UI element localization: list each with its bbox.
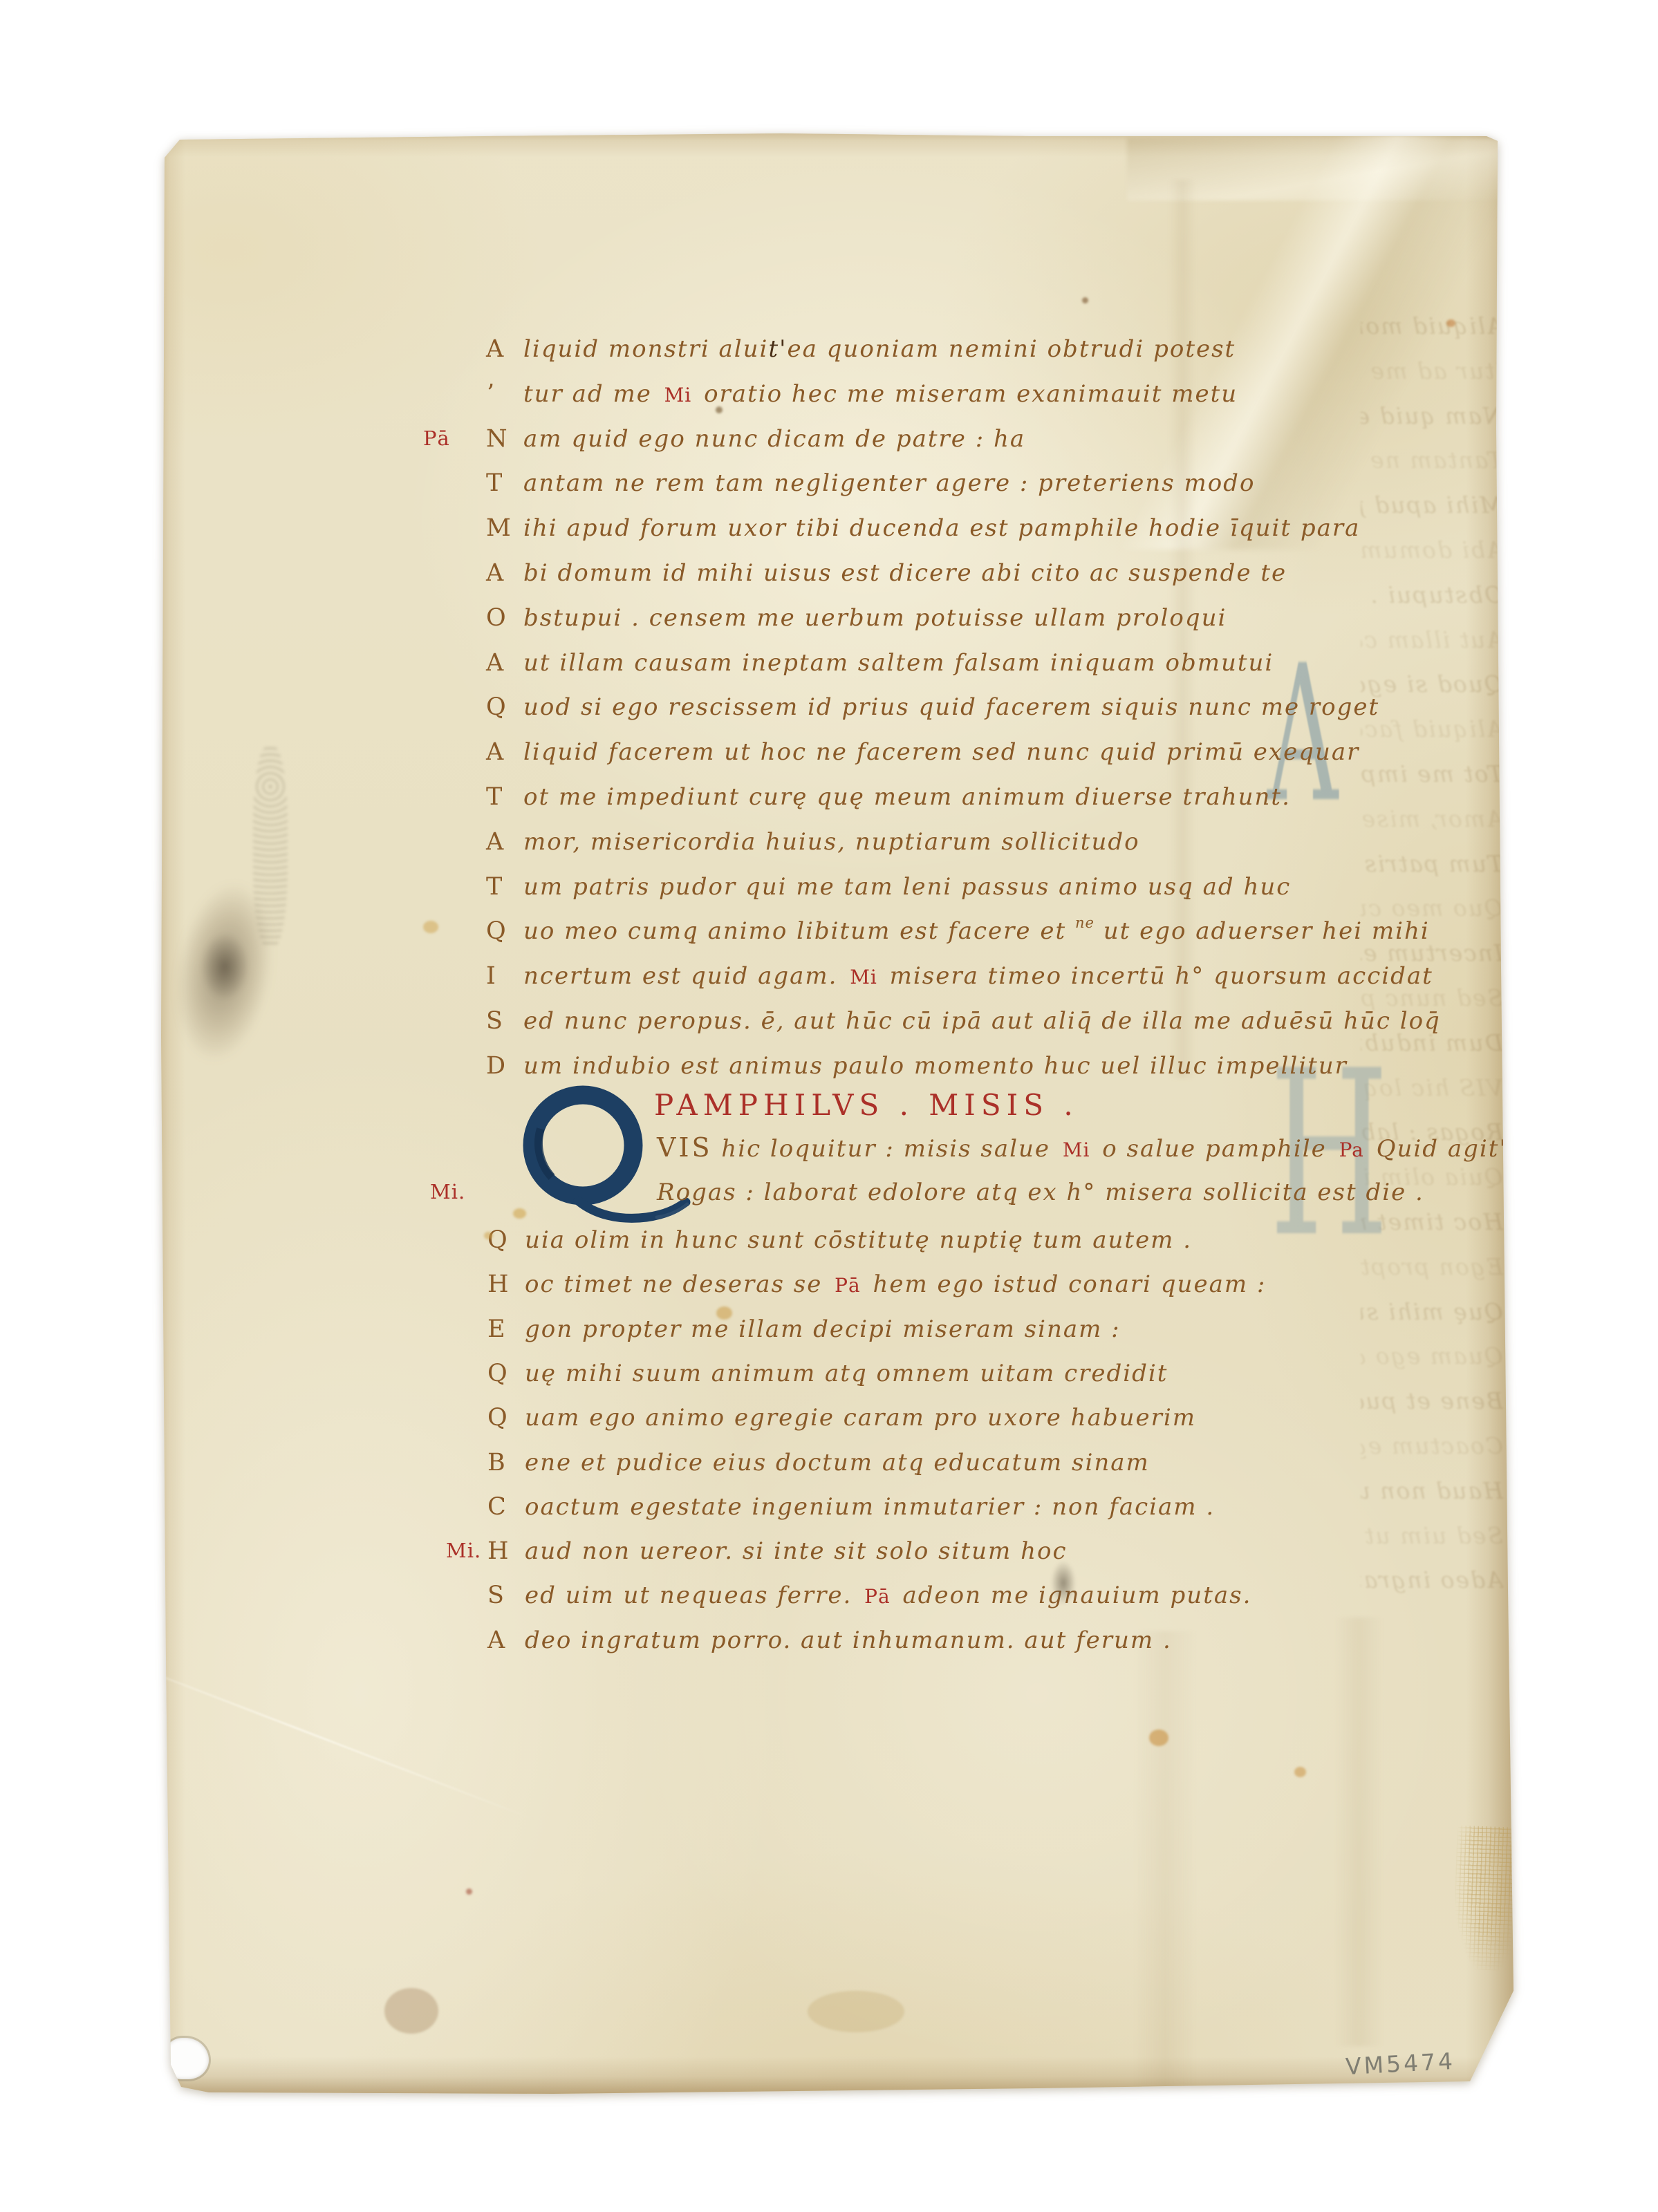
text-segment: ut ego aduerser hei mihi: [1095, 917, 1430, 945]
text-segment: gon propter me illam decipi miseram sina…: [525, 1315, 1121, 1343]
speaker-rubric-inline: Mi: [1059, 1138, 1094, 1161]
text-segment: ne: [1075, 915, 1095, 931]
line-initial: A: [486, 335, 503, 363]
show-through-text: Nam quid ego nunc: [1361, 402, 1503, 429]
line-initial: Q: [486, 693, 506, 721]
text-line: Mi.Rogas : laborat edolore atq̧ ex h° mi…: [657, 1179, 1424, 1213]
freckle: [1149, 1730, 1168, 1746]
scene-heading: PAMPHILVS . MISIS .: [654, 1088, 1079, 1122]
text-line: Sed uim ut nequeas ferre. Pā adeon me ig…: [525, 1582, 1251, 1616]
speaker-rubric-inline: Pā: [861, 1585, 894, 1608]
leaf-edge-left: [153, 128, 185, 2098]
text-segment: uam ego animo egregie caram pro uxore ha…: [525, 1404, 1196, 1432]
text-segment: aud non uereor. si inte sit solo situm h…: [525, 1537, 1068, 1565]
line-initial: A: [487, 1627, 505, 1654]
stain-dark-spot: [1051, 1561, 1076, 1605]
text-segment: ed nunc peropus. ē, aut hūc cū ipā aut a…: [523, 1007, 1441, 1035]
text-segment: mor, misericordia huius, nuptiarum solli…: [523, 828, 1140, 856]
line-initial: ʼ: [486, 380, 494, 408]
show-through-text: Haud non uereor. s: [1361, 1477, 1503, 1504]
text-line: Mihi apud forum uxor tibi ducenda est pa…: [523, 514, 1360, 549]
text-segment: ihi apud forum uxor tibi ducenda est pam…: [523, 514, 1360, 542]
line-initial: A: [486, 649, 503, 677]
text-segment: misera timeo incertū h° quorsum accidat: [881, 962, 1433, 990]
text-line: Incertum est quid agam. Mi misera timeo …: [523, 962, 1433, 997]
text-segment: VIS: [657, 1132, 713, 1163]
line-initial: B: [487, 1449, 505, 1477]
speaker-rubric-inline: Mi: [846, 966, 881, 988]
text-line: Quam ego animo egregie caram pro uxore h…: [525, 1404, 1196, 1438]
text-line: Tantam ne rem tam negligenter agere : pr…: [523, 469, 1255, 504]
line-initial: S: [487, 1582, 504, 1609]
line-initial: A: [486, 738, 503, 766]
text-segment: uod si ego rescissem id prius quid facer…: [523, 693, 1379, 721]
text-line: Adeo ingratum porro. aut inhumanum. aut …: [525, 1627, 1172, 1661]
smudge: [384, 1988, 438, 2034]
line-initial: H: [487, 1537, 509, 1565]
manuscript-leaf: Aliquid monstri alʼtur ad me Mi oratNam …: [0, 0, 1658, 2212]
show-through-text: ʼtur ad me Mi orat: [1361, 357, 1503, 384]
line-initial: Q: [486, 917, 506, 945]
show-through-text: Tum patris pudor q: [1361, 850, 1503, 877]
text-line: VIS hic loquitur : misis salue Mi o salu…: [657, 1132, 1507, 1167]
text-line: Sed nunc peropus. ē, aut hūc cū ipā aut …: [523, 1007, 1441, 1042]
text-segment: deo ingratum porro. aut inhumanum. aut f…: [525, 1627, 1172, 1654]
text-segment: o salue pamphile: [1093, 1135, 1335, 1163]
text-line: Egon propter me illam decipi miseram sin…: [525, 1315, 1121, 1350]
freckle: [716, 1306, 732, 1320]
scratch-line: [82, 1645, 535, 1821]
speaker-rubric-inline: Pa: [1336, 1138, 1368, 1161]
show-through-text: Quod si ego rescis: [1361, 671, 1503, 697]
line-initial: A: [486, 559, 503, 587]
show-through-text: Abi domum id mihi: [1361, 536, 1503, 563]
show-through-text: Adeo ingratum porr: [1361, 1566, 1503, 1593]
ink-speck: [716, 406, 723, 413]
show-through-text: Tantam ne rem tam: [1361, 447, 1503, 474]
text-segment: um patris pudor qui me tam leni passus a…: [523, 873, 1291, 901]
shelfmark-pencil: VM5474: [1345, 2047, 1456, 2080]
speaker-rubric: Mi.: [430, 1180, 465, 1203]
show-through-text: Aliquid monstri al: [1361, 312, 1503, 339]
smudge: [808, 1991, 904, 2032]
text-segment: oc timet ne deseras se: [525, 1271, 831, 1298]
line-initial: O: [486, 604, 506, 632]
text-segment: oactum egestate ingenium inmutarier : no…: [525, 1493, 1215, 1521]
show-through-text: Aliquid facerem ut: [1361, 715, 1503, 742]
text-segment: bi domum id mihi uisus est dicere abi ci…: [523, 559, 1287, 587]
show-through-text: Amor, misericordia: [1361, 805, 1503, 832]
text-segment: ut illam causam ineptam saltem falsam in…: [523, 649, 1274, 677]
text-line: Quod si ego rescissem id prius quid face…: [523, 693, 1379, 728]
text-line: Quia olim in hunc sunt cōstitutę nuptię …: [525, 1226, 1192, 1261]
ink-speck: [1082, 297, 1088, 303]
text-line: Aut illam causam ineptam saltem falsam i…: [523, 649, 1274, 684]
text-line: Abi domum id mihi uisus est dicere abi c…: [523, 559, 1287, 594]
line-initial: A: [486, 828, 503, 856]
text-segment: oratio hec me miseram exanimauit metu: [695, 380, 1238, 408]
text-line: Amor, misericordia huius, nuptiarum soll…: [523, 828, 1140, 863]
line-initial: Q: [487, 1360, 507, 1387]
text-segment: uo meo cumq̧ animo libitum est facere et: [523, 917, 1075, 945]
line-initial: T: [486, 873, 502, 901]
speaker-rubric: Mi.: [446, 1539, 481, 1562]
text-segment: liquid monstri alui: [523, 335, 768, 363]
speaker-rubric-inline: Pā: [831, 1274, 864, 1297]
text-segment: ot me impediunt curę quę meum animum diu…: [523, 783, 1291, 811]
text-segment: Rogas : laborat edolore atq̧ ex h° miser…: [657, 1179, 1424, 1206]
text-segment: hem ego istud conari queam :: [864, 1271, 1267, 1298]
line-initial: D: [486, 1052, 505, 1080]
speaker-rubric: Pā: [423, 427, 450, 450]
freckle: [1294, 1767, 1306, 1777]
text-segment: ncertum est quid agam.: [523, 962, 846, 990]
line-initial: N: [486, 425, 507, 453]
text-segment: ea quoniam nemini obtrudi potest: [787, 335, 1236, 363]
show-through-text: Aut illam causam i: [1361, 626, 1503, 653]
line-initial: C: [487, 1493, 506, 1521]
show-through-text: Quam ego animo egr: [1361, 1342, 1503, 1369]
text-segment: antam ne rem tam negligenter agere : pre…: [523, 469, 1255, 497]
text-segment: bstupui . censem me uerbum potuisse ulla…: [523, 604, 1227, 632]
line-initial: T: [486, 469, 502, 497]
text-segment: tur ad me: [523, 380, 661, 408]
text-line: Dum indubio est animus paulo momento huc…: [523, 1052, 1348, 1087]
text-segment: am quid ego nunc dicam de patre : ha: [523, 425, 1025, 453]
stain-speckles: [253, 747, 288, 947]
text-segment: liquid facerem ut hoc ne facerem sed nun…: [523, 738, 1359, 766]
line-initial: T: [486, 783, 502, 811]
text-line: NPāam quid ego nunc dicam de patre : ha: [523, 425, 1025, 460]
line-initial: Q: [487, 1404, 507, 1432]
leaf-shadow-wrap: Aliquid monstri alʼtur ad me Mi oratNam …: [0, 0, 1658, 2212]
show-through-text: Quę mihi suum anim: [1361, 1298, 1503, 1325]
text-line: Coactum egestate ingenium inmutarier : n…: [525, 1493, 1215, 1528]
speaker-rubric-inline: Mi: [661, 384, 696, 406]
freckle: [513, 1208, 526, 1219]
photo-background: Aliquid monstri alʼtur ad me Mi oratNam …: [0, 0, 1658, 2212]
text-segment: ed uim ut nequeas ferre.: [525, 1582, 861, 1609]
line-initial: E: [487, 1315, 505, 1343]
text-line: HMi.aud non uereor. si inte sit solo sit…: [525, 1537, 1068, 1572]
text-segment: hic loquitur : misis salue: [713, 1135, 1059, 1163]
show-through-text: Mihi apud forum ux: [1361, 491, 1503, 518]
text-line: Aliquid monstri aluit'ea quoniam nemini …: [523, 335, 1236, 370]
text-line: Obstupui . censem me uerbum potuisse ull…: [523, 604, 1227, 639]
red-speck: [466, 1888, 472, 1895]
show-through-text: Tot me impediunt c: [1361, 760, 1503, 787]
text-segment: uę mihi suum animum atq̧ omnem uitam cre…: [525, 1360, 1168, 1387]
line-initial: I: [486, 962, 496, 990]
text-segment: ene et pudice eius doctum atq̧ educatum …: [525, 1449, 1150, 1477]
text-line: ʼtur ad me Mi oratio hec me miseram exan…: [523, 380, 1238, 415]
text-line: Tum patris pudor qui me tam leni passus …: [523, 873, 1291, 908]
text-segment: t': [768, 335, 787, 363]
show-through-text: Sed uim ut nequeas: [1361, 1522, 1503, 1549]
rust-speck: [1446, 319, 1455, 327]
fabric-texture-patch: [1452, 1826, 1515, 1971]
text-segment: um indubio est animus paulo momento huc …: [523, 1052, 1348, 1080]
freckle: [423, 921, 438, 933]
line-initial: S: [486, 1007, 503, 1035]
text-line: Bene et pudice eius doctum atq̧ educatum…: [525, 1449, 1150, 1483]
show-through-text: Coactum egestate i: [1361, 1432, 1503, 1459]
text-line: Aliquid facerem ut hoc ne facerem sed nu…: [523, 738, 1359, 773]
line-initial: M: [486, 514, 511, 542]
line-initial: H: [487, 1271, 509, 1298]
text-line: Quo meo cumq̧ animo libitum est facere e…: [523, 917, 1430, 952]
text-line: Tot me impediunt curę quę meum animum di…: [523, 783, 1291, 818]
text-segment: uia olim in hunc sunt cōstitutę nuptię t…: [525, 1226, 1192, 1254]
show-through-text: Obstupui . censem: [1361, 581, 1503, 608]
text-segment: Quid agit': [1368, 1135, 1507, 1163]
text-line: Quę mihi suum animum atq̧ omnem uitam cr…: [525, 1360, 1168, 1394]
show-through-text: Bene et pudice eiu: [1361, 1387, 1503, 1414]
text-line: Hoc timet ne deseras se Pā hem ego istud…: [525, 1271, 1266, 1305]
line-initial: Q: [487, 1226, 507, 1254]
stain-left-core: [201, 933, 249, 1000]
damage-chip-hole: [165, 2038, 209, 2079]
freckle: [484, 1232, 493, 1239]
